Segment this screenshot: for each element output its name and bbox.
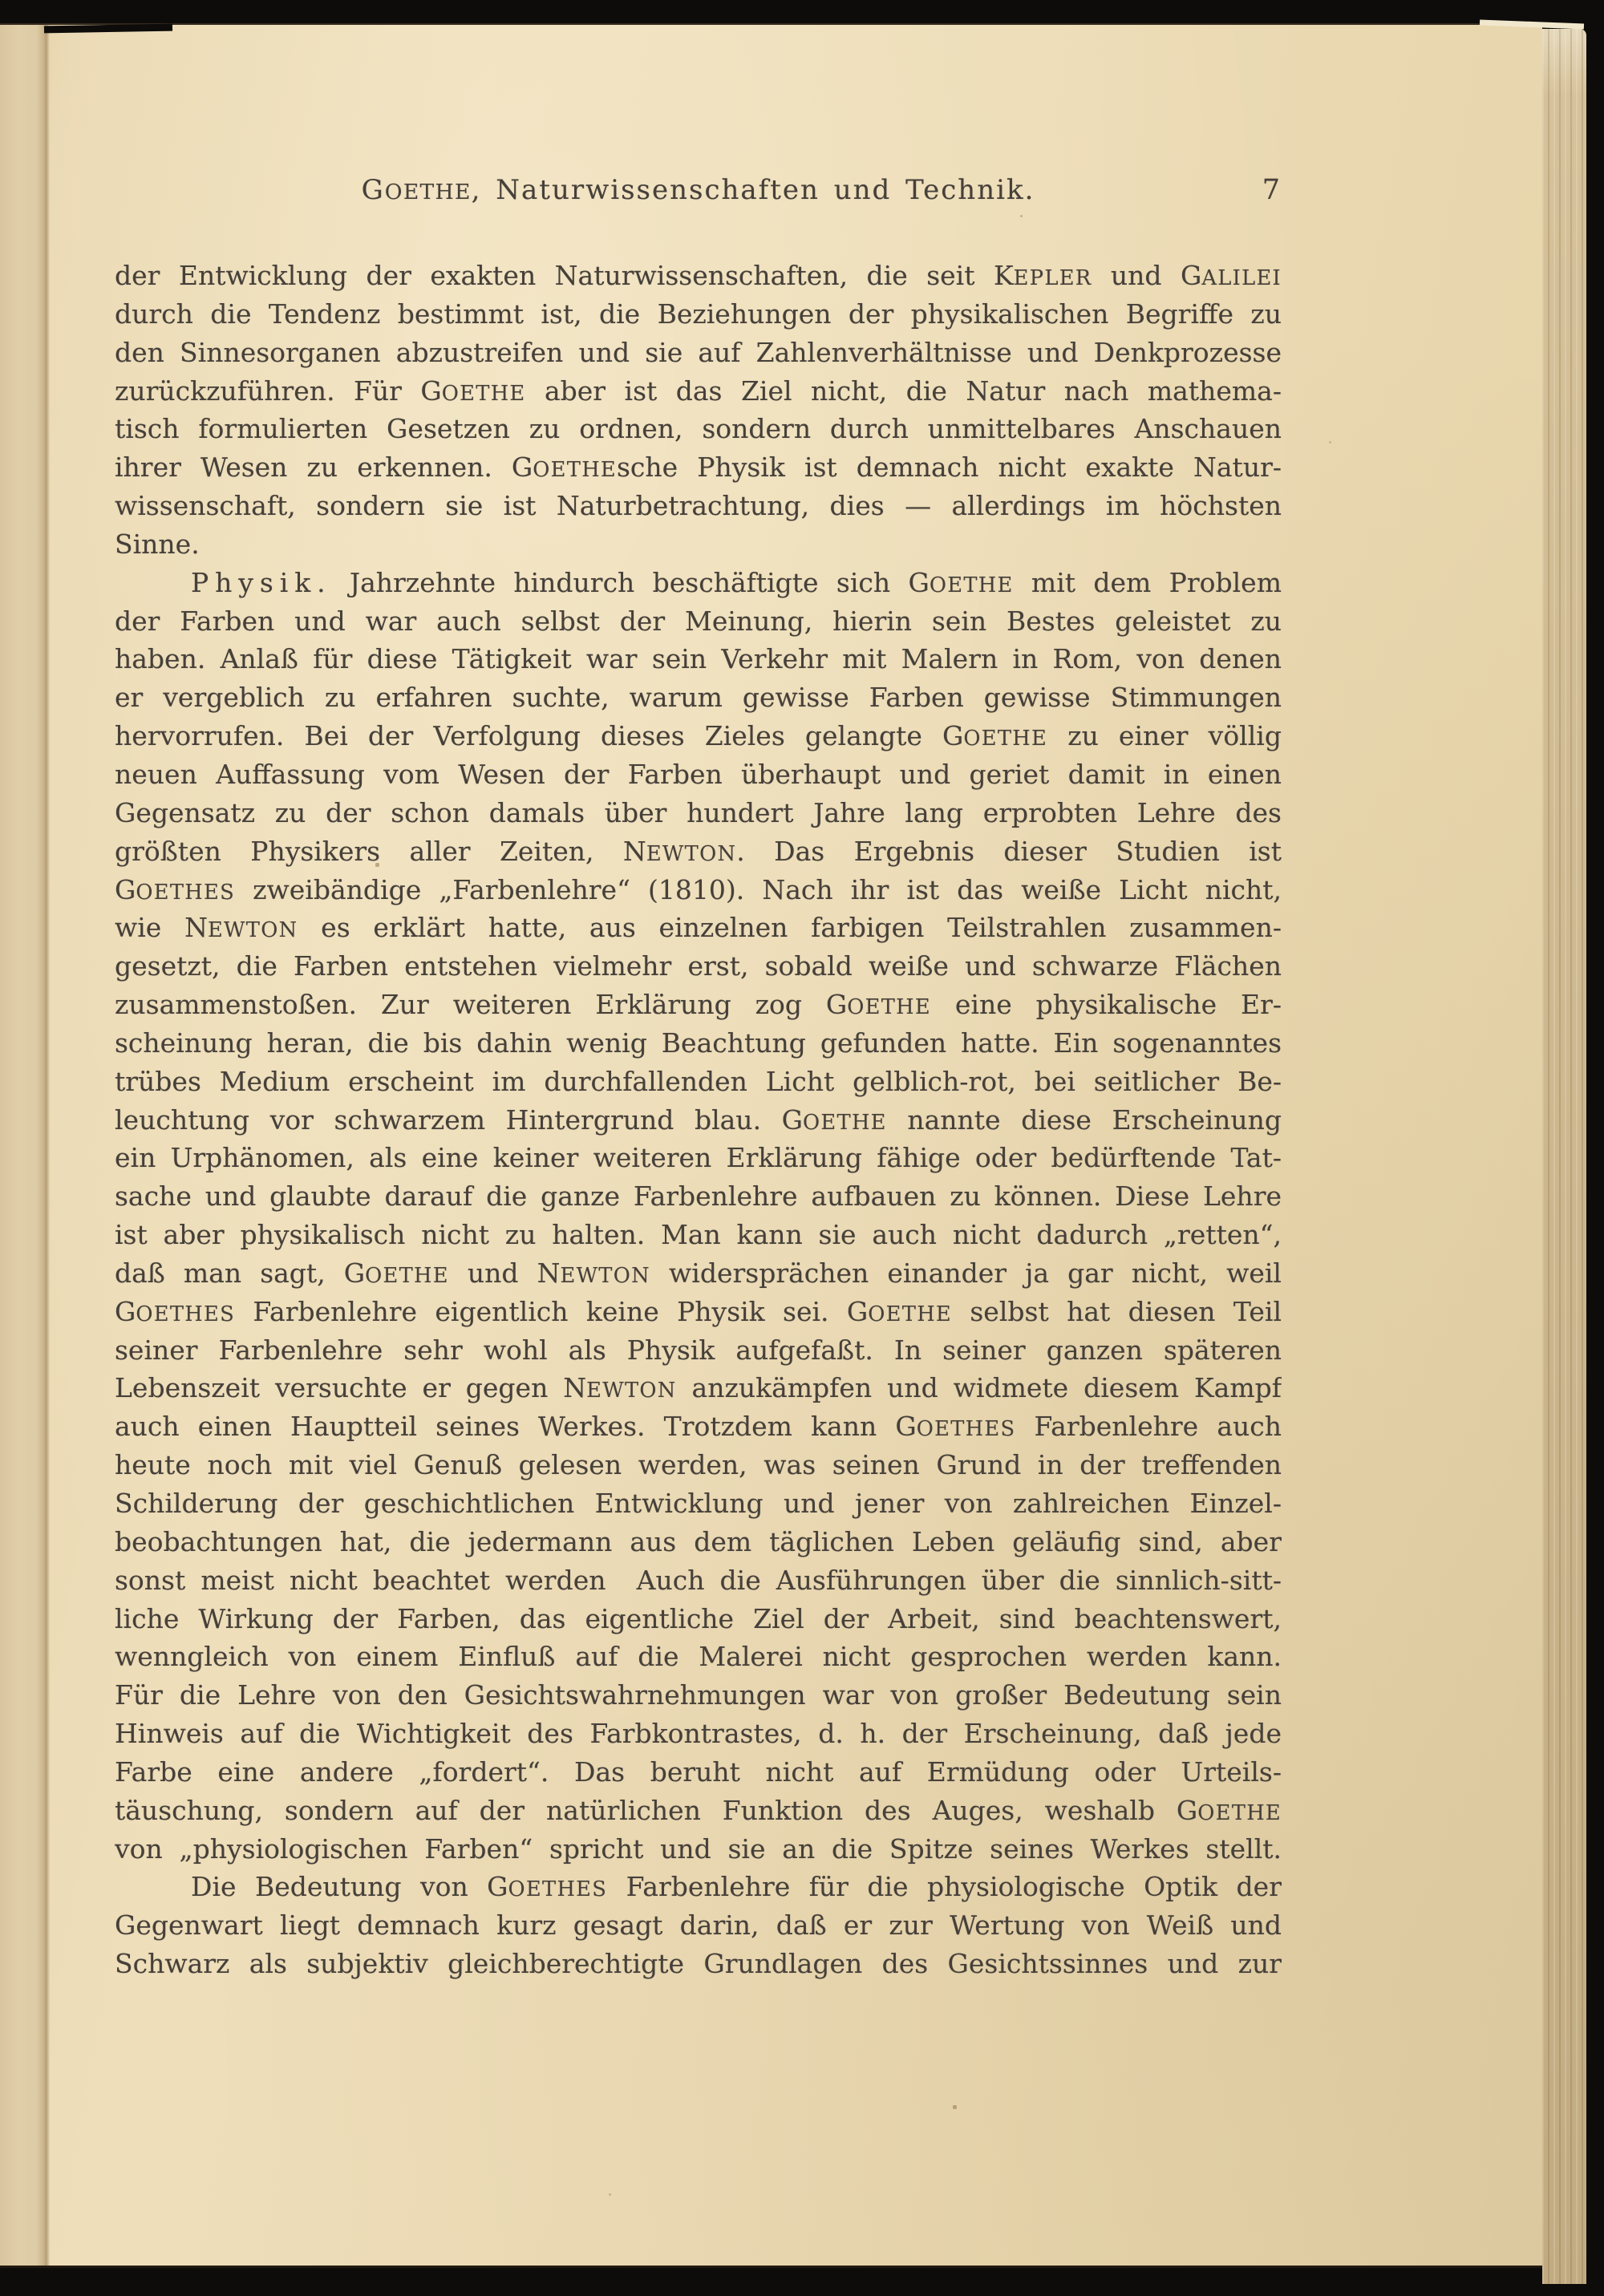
paragraph: Physik. Jahrzehnte hindurch beschäftigte… xyxy=(115,564,1282,1869)
page-stack-edge xyxy=(1542,29,1586,2284)
text-line: Physik. Jahrzehnte hindurch beschäftigte… xyxy=(115,564,1282,602)
page-number: 7 xyxy=(1262,174,1280,206)
page-title: GOETHE, Naturwissenschaften und Technik. xyxy=(362,174,1035,206)
text-line: der Farben und war auch selbst der Meinu… xyxy=(115,602,1282,641)
text-column: GOETHE, Naturwissenschaften und Technik.… xyxy=(115,25,1282,2266)
scanned-book-photo: GOETHE, Naturwissenschaften und Technik.… xyxy=(0,0,1604,2296)
text-line: Sinne. xyxy=(115,525,1282,564)
text-line: sache und glaubte darauf die ganze Farbe… xyxy=(115,1177,1282,1216)
text-line: Gegenwart liegt demnach kurz gesagt dari… xyxy=(115,1906,1282,1945)
text-line: Hinweis auf die Wichtigkeit des Farbkont… xyxy=(115,1715,1282,1753)
text-line: wie NEWTON es erklärt hatte, aus einzeln… xyxy=(115,909,1282,947)
text-line: sonst meist nicht beachtet werden Auch d… xyxy=(115,1561,1282,1600)
text-line: scheinung heran, die bis dahin wenig Bea… xyxy=(115,1024,1282,1063)
text-line: von „physiologischen Farben“ spricht und… xyxy=(115,1830,1282,1869)
text-line: gesetzt, die Farben entstehen vielmehr e… xyxy=(115,947,1282,986)
text-line: größten Physikers aller Zeiten, NEWTON. … xyxy=(115,832,1282,871)
text-line: leuchtung vor schwarzem Hintergrund blau… xyxy=(115,1101,1282,1140)
text-line: daß man sagt, GOETHE und NEWTON widerspr… xyxy=(115,1254,1282,1293)
text-line: seiner Farbenlehre sehr wohl als Physik … xyxy=(115,1331,1282,1370)
text-line: Schwarz als subjektiv gleichberechtigte … xyxy=(115,1945,1282,1983)
text-line: haben. Anlaß für diese Tätigkeit war sei… xyxy=(115,640,1282,678)
text-line: täuschung, sondern auf der natürlichen F… xyxy=(115,1792,1282,1830)
text-line: Schilderung der geschichtlichen Entwickl… xyxy=(115,1484,1282,1523)
text-line: ein Urphänomen, als eine keiner weiteren… xyxy=(115,1139,1282,1177)
text-line: Lebenszeit versuchte er gegen NEWTON anz… xyxy=(115,1369,1282,1407)
text-line: durch die Tendenz bestimmt ist, die Bezi… xyxy=(115,295,1282,334)
text-line: GOETHES zweibändige „Farbenlehre“ (1810)… xyxy=(115,871,1282,909)
text-line: neuen Auffassung vom Wesen der Farben üb… xyxy=(115,755,1282,794)
text-line: hervorrufen. Bei der Verfolgung dieses Z… xyxy=(115,717,1282,755)
text-line: tisch formulierten Gesetzen zu ordnen, s… xyxy=(115,410,1282,448)
text-line: Farbe eine andere „fordert“. Das beruht … xyxy=(115,1753,1282,1792)
text-line: ist aber physikalisch nicht zu halten. M… xyxy=(115,1216,1282,1254)
text-line: liche Wirkung der Farben, das eigentlich… xyxy=(115,1600,1282,1638)
paper-specks xyxy=(0,25,1,26)
book-page: GOETHE, Naturwissenschaften und Technik.… xyxy=(0,25,1542,2266)
body-text: der Entwicklung der exakten Naturwissens… xyxy=(115,257,1282,1983)
text-line: auch einen Hauptteil seines Werkes. Trot… xyxy=(115,1407,1282,1446)
text-line: er vergeblich zu erfahren suchte, warum … xyxy=(115,678,1282,717)
text-line: beobachtungen hat, die jedermann aus dem… xyxy=(115,1523,1282,1561)
text-line: ihrer Wesen zu erkennen. GOETHEsche Phys… xyxy=(115,448,1282,487)
paragraph: der Entwicklung der exakten Naturwissens… xyxy=(115,257,1282,564)
running-header: GOETHE, Naturwissenschaften und Technik.… xyxy=(115,174,1282,214)
text-line: Die Bedeutung von GOETHES Farbenlehre fü… xyxy=(115,1868,1282,1906)
text-line: heute noch mit viel Genuß gelesen werden… xyxy=(115,1446,1282,1484)
paragraph: Die Bedeutung von GOETHES Farbenlehre fü… xyxy=(115,1868,1282,1983)
binding-gutter-shadow xyxy=(0,25,50,2266)
text-line: wenngleich von einem Einfluß auf die Mal… xyxy=(115,1638,1282,1676)
text-line: trübes Medium erscheint im durchfallende… xyxy=(115,1063,1282,1101)
text-line: der Entwicklung der exakten Naturwissens… xyxy=(115,257,1282,295)
text-line: GOETHES Farbenlehre eigentlich keine Phy… xyxy=(115,1293,1282,1331)
text-line: den Sinnesorganen abzustreifen und sie a… xyxy=(115,334,1282,372)
text-line: wissenschaft, sondern sie ist Naturbetra… xyxy=(115,487,1282,525)
text-line: Gegensatz zu der schon damals über hunde… xyxy=(115,794,1282,832)
text-line: Für die Lehre von den Gesichtswahrnehmun… xyxy=(115,1676,1282,1715)
text-line: zurückzuführen. Für GOETHE aber ist das … xyxy=(115,372,1282,411)
text-line: zusammenstoßen. Zur weiteren Erklärung z… xyxy=(115,986,1282,1024)
